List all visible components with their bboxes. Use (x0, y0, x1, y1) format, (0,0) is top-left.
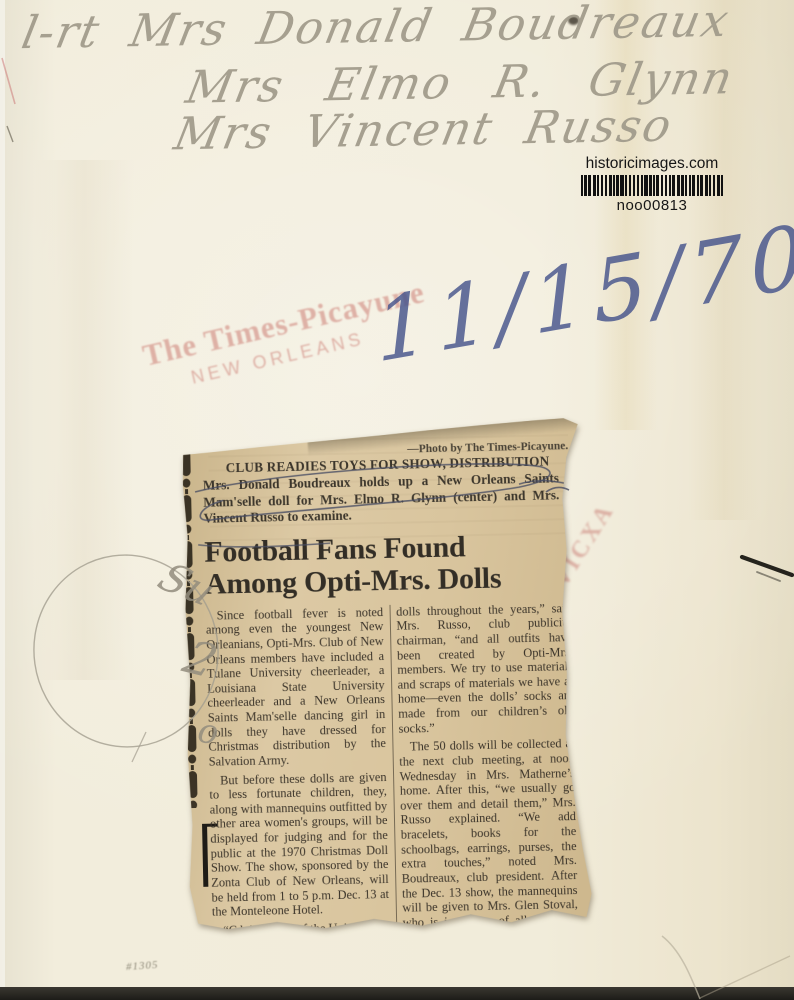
article-column-right: dolls throughout the years,” said Mrs. R… (389, 601, 579, 938)
newspaper-clipping: —Photo by The Times-Picayune. CLUB READI… (178, 416, 593, 938)
watermark-site: historicimages.com (568, 155, 736, 173)
watermark-block: historicimages.com noo00813 (568, 155, 736, 214)
handwritten-names-line3: Mrs Vincent Russo (170, 99, 678, 161)
photo-edge (0, 0, 5, 988)
paragraph: Since football fever is noted among even… (206, 605, 387, 770)
watermark-code: noo00813 (568, 197, 736, 214)
article-column-left: Since football fever is noted among even… (206, 605, 397, 939)
barcode-icon (581, 175, 723, 196)
paragraph: The 50 dolls will be collected at the ne… (399, 736, 579, 938)
article-columns: Since football fever is noted among even… (206, 601, 579, 938)
clipping-paper: —Photo by The Times-Picayune. CLUB READI… (178, 416, 593, 938)
scanner-bed-edge (0, 987, 794, 1000)
scanned-photo-back: l-rt Mrs Donald Boudreaux Mrs Elmo R. Gl… (0, 0, 794, 1000)
headline-line2: Among Opti-Mrs. Dolls (205, 561, 576, 601)
paragraph: dolls throughout the years,” said Mrs. R… (396, 601, 574, 736)
paragraph: But before these dolls are given to less… (209, 770, 390, 920)
caption-body: Mrs. Donald Boudreaux holds up a New Orl… (203, 470, 560, 527)
pencil-inventory-mark: #1305 (126, 959, 159, 973)
clipping-content: —Photo by The Times-Picayune. CLUB READI… (178, 416, 593, 938)
